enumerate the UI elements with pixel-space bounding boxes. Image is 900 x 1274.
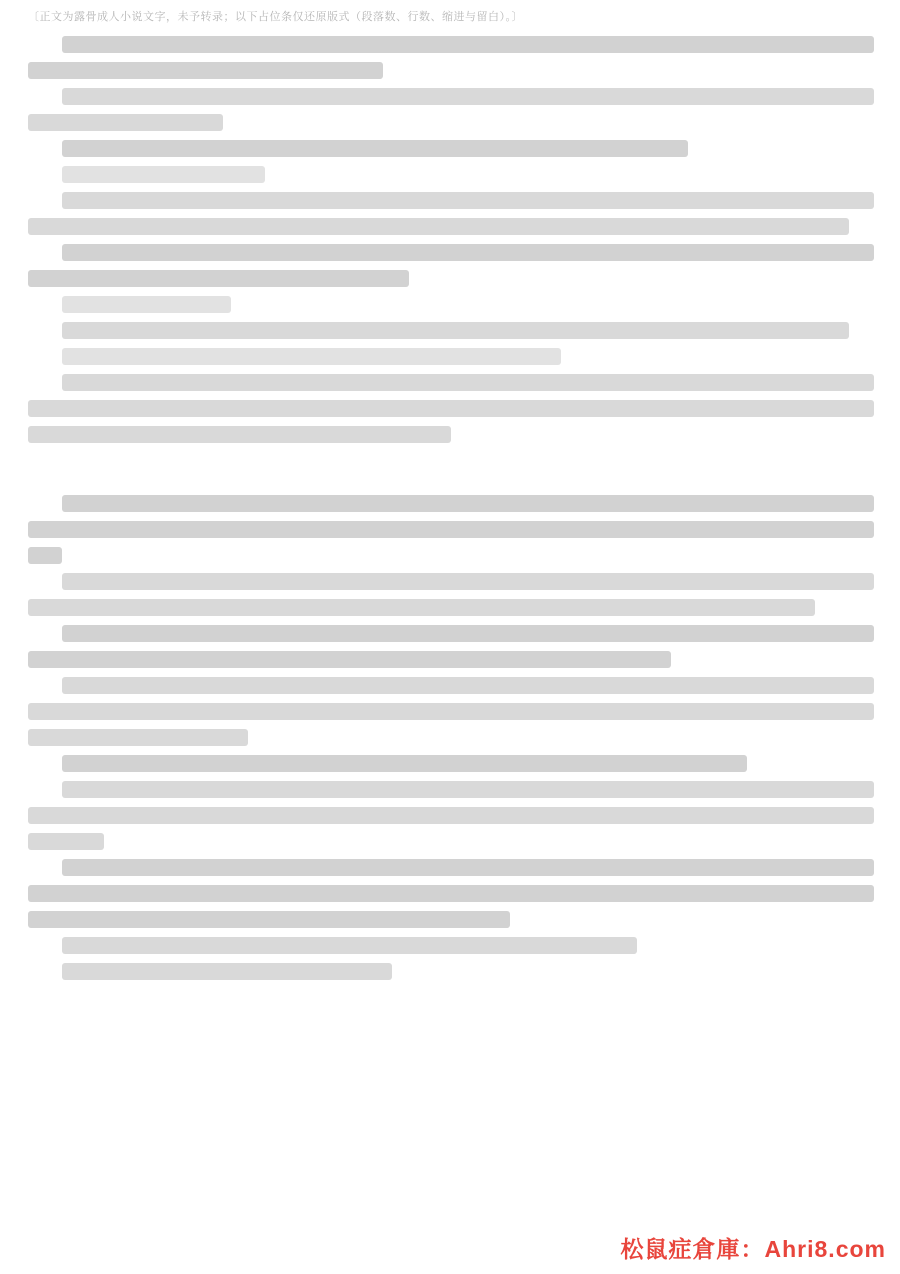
redacted-line — [28, 599, 815, 616]
redacted-line — [62, 244, 874, 261]
redacted-line — [62, 322, 849, 339]
redacted-line — [62, 573, 874, 590]
redacted-paragraph — [28, 36, 874, 79]
redacted-line — [28, 62, 383, 79]
redacted-paragraph — [28, 859, 874, 928]
redacted-line — [62, 677, 874, 694]
redacted-paragraph — [28, 88, 874, 131]
redacted-line — [62, 348, 561, 365]
redacted-paragraph — [28, 495, 874, 564]
redacted-line — [62, 495, 874, 512]
redacted-line — [28, 218, 849, 235]
redacted-line — [62, 963, 392, 980]
redacted-paragraph — [28, 573, 874, 616]
redacted-line — [62, 88, 874, 105]
redacted-paragraph — [28, 166, 874, 183]
redacted-line — [28, 547, 62, 564]
redacted-line — [62, 140, 688, 157]
redacted-line — [62, 755, 747, 772]
redacted-paragraph — [28, 374, 874, 443]
redacted-line — [28, 807, 874, 824]
redacted-paragraph — [28, 322, 874, 339]
redacted-paragraph — [28, 677, 874, 746]
redacted-paragraph — [28, 781, 874, 850]
redaction-note: 〔正文为露骨成人小说文字，未予转录；以下占位条仅还原版式（段落数、行数、缩进与留… — [28, 8, 872, 24]
redacted-line — [28, 833, 104, 850]
redacted-line — [62, 192, 874, 209]
redacted-line — [28, 651, 671, 668]
redacted-paragraph — [28, 348, 874, 365]
redacted-paragraph — [28, 192, 874, 235]
redacted-line — [62, 937, 637, 954]
site-watermark[interactable]: 松鼠症倉庫：Ahri8.com — [621, 1231, 886, 1264]
redacted-paragraph — [28, 244, 874, 287]
redacted-line — [62, 625, 874, 642]
redacted-line — [62, 859, 874, 876]
redacted-paragraph — [28, 140, 874, 157]
text-body — [28, 36, 874, 989]
redacted-line — [62, 781, 874, 798]
redacted-line — [62, 374, 874, 391]
redacted-line — [28, 521, 874, 538]
redacted-line — [28, 270, 409, 287]
redacted-paragraph — [28, 937, 874, 954]
redacted-line — [28, 114, 223, 131]
redacted-paragraph — [28, 296, 874, 313]
redacted-line — [28, 703, 874, 720]
redacted-line — [28, 911, 510, 928]
novel-page: 〔正文为露骨成人小说文字，未予转录；以下占位条仅还原版式（段落数、行数、缩进与留… — [0, 0, 900, 1274]
redacted-line — [62, 36, 874, 53]
redacted-paragraph — [28, 755, 874, 772]
redacted-line — [28, 885, 874, 902]
redacted-line — [28, 426, 451, 443]
redacted-line — [62, 296, 231, 313]
redacted-line — [28, 400, 874, 417]
redacted-line — [28, 729, 248, 746]
redacted-paragraph — [28, 625, 874, 668]
redacted-paragraph — [28, 963, 874, 980]
redacted-line — [62, 166, 265, 183]
